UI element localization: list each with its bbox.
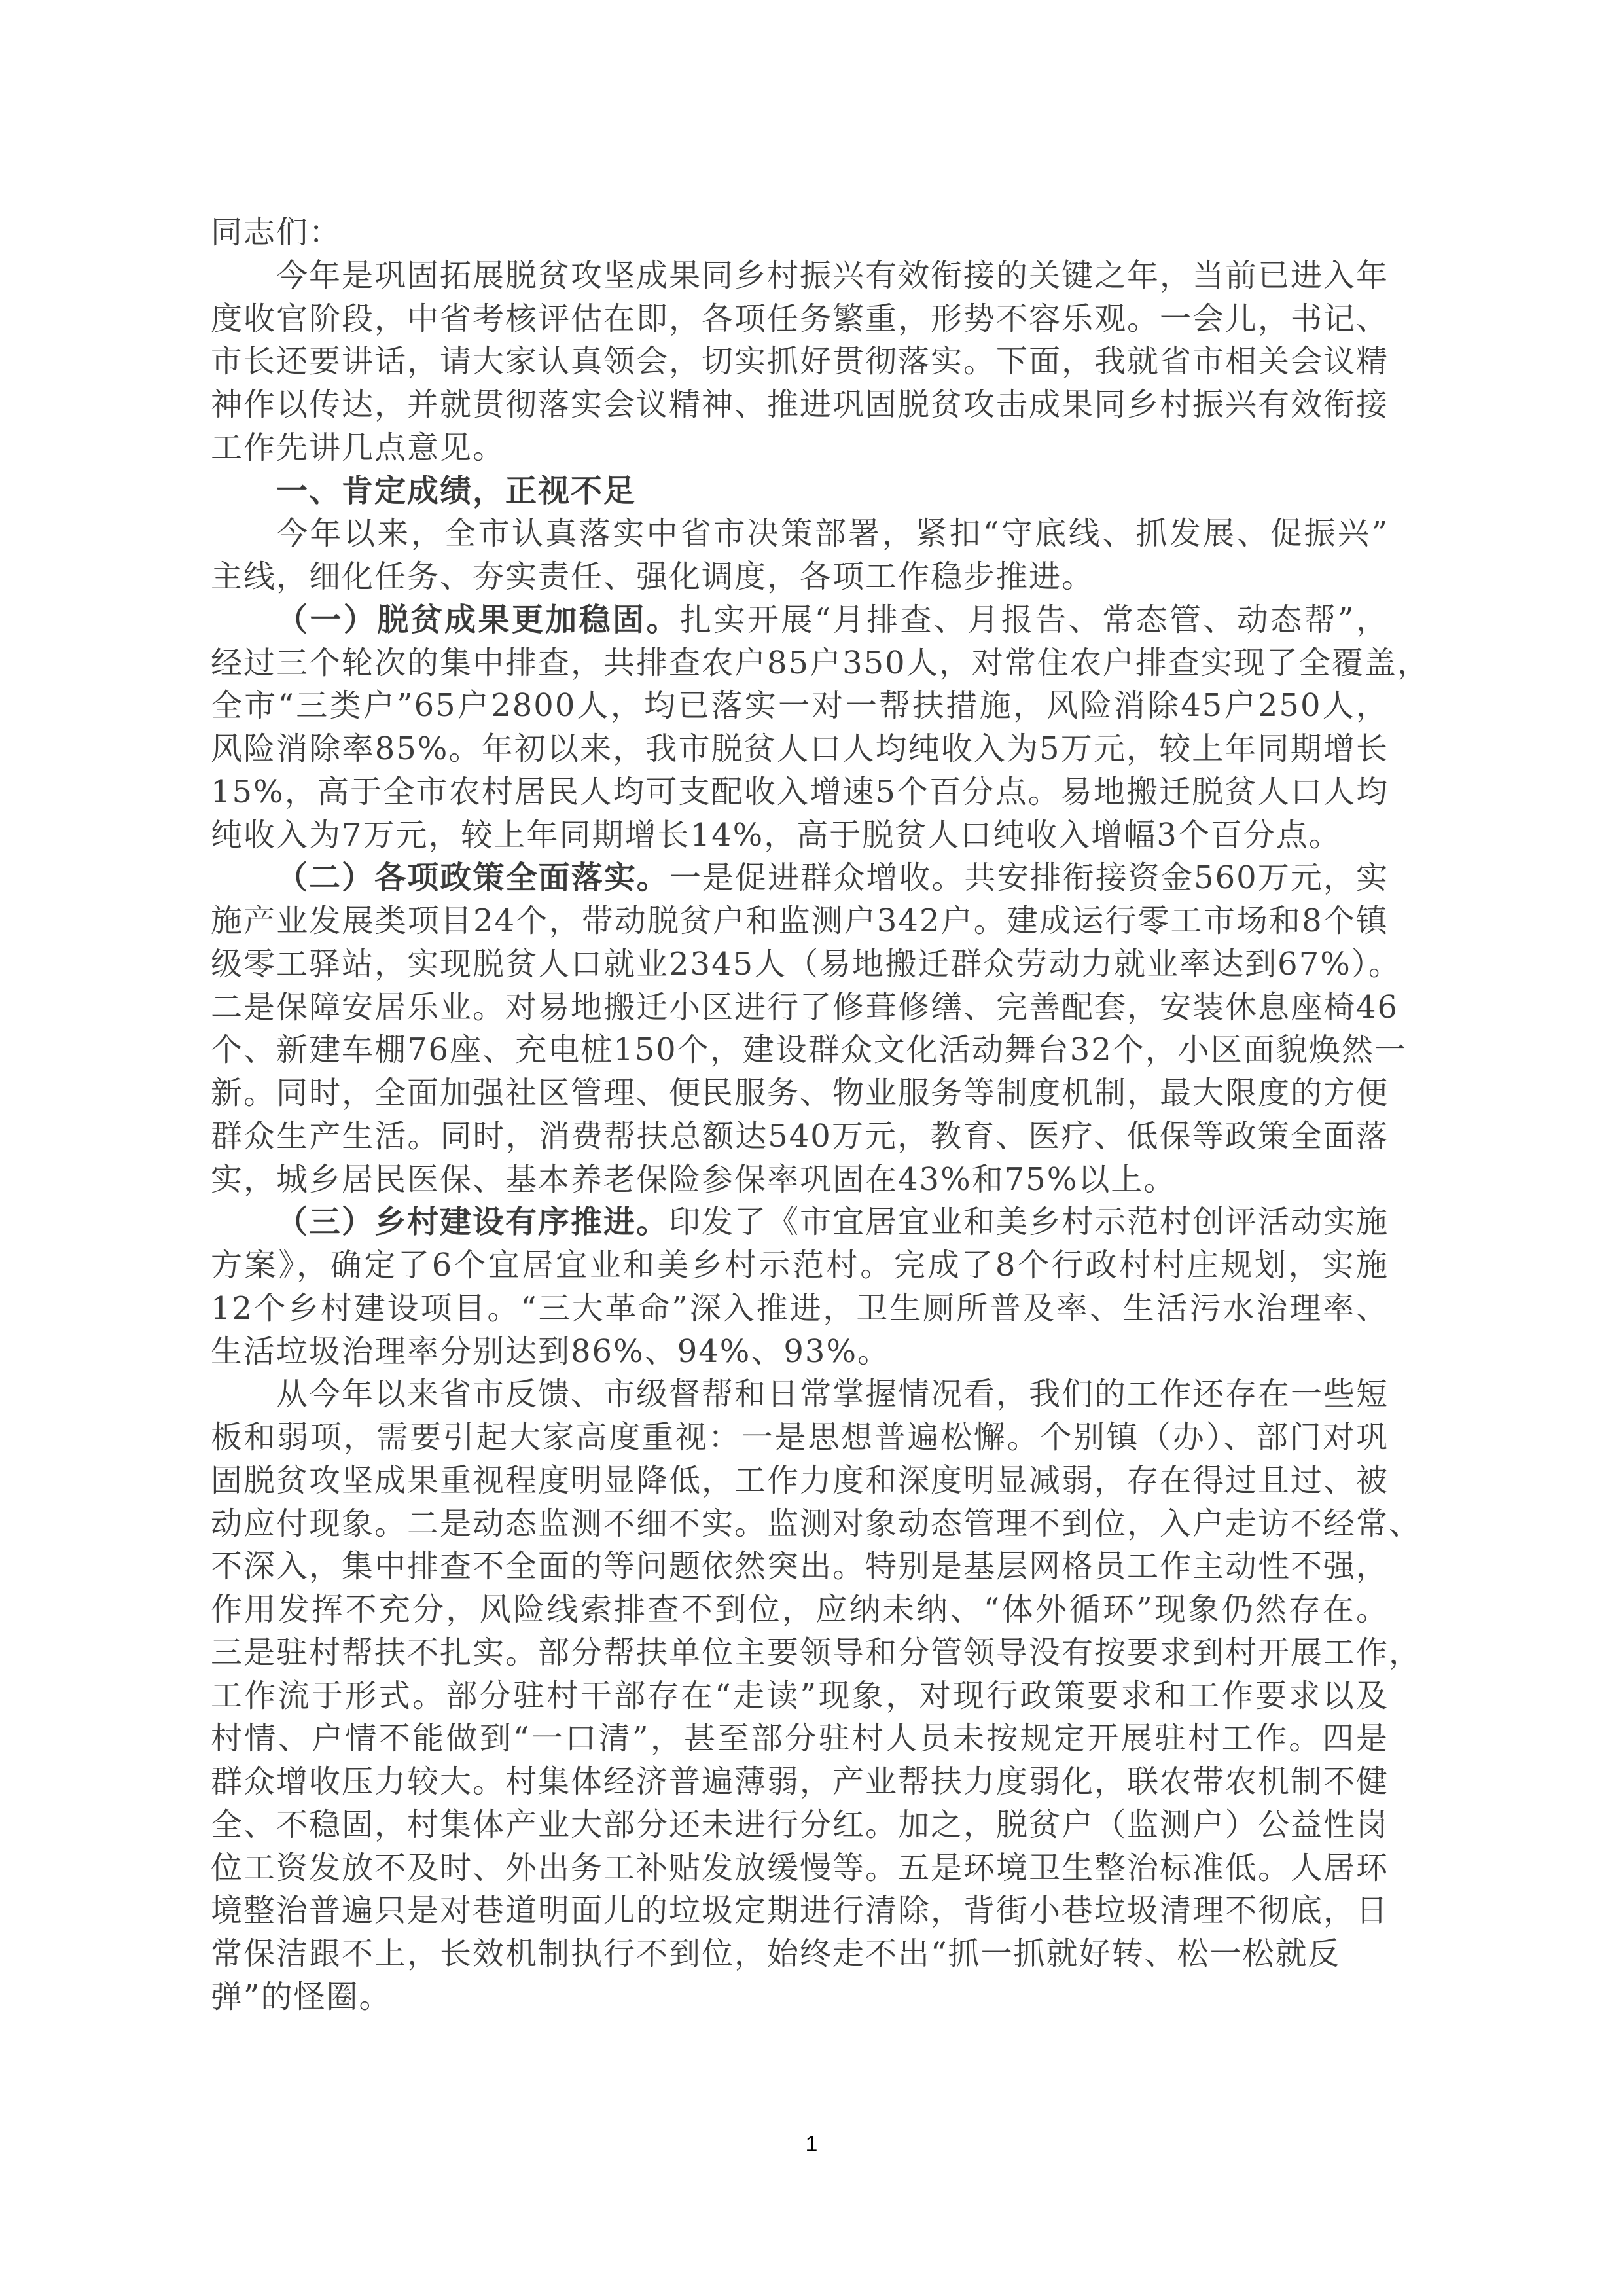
paragraph-line: 位工资发放不及时、外出务工补贴发放缓慢等。五是环境卫生整治标准低。人居环 [211,1847,1389,1890]
subsection-title: （一）脱贫成果更加稳固。 [276,601,680,638]
paragraph-line: 施产业发展类项目24个，带动脱贫户和监测户342户。建成运行零工市场和8个镇 [211,900,1389,943]
paragraph-line: 固脱贫攻坚成果重视程度明显降低，工作力度和深度明显减弱，存在得过且过、被 [211,1460,1389,1503]
paragraph-line: 全、不稳固，村集体产业大部分还未进行分红。加之，脱贫户（监测户）公益性岗 [211,1804,1389,1847]
paragraph-line: 二是保障安居乐业。对易地搬迁小区进行了修葺修缮、完善配套，安装休息座椅46 [211,986,1389,1030]
paragraph-line: 村情、户情不能做到“一口清”，甚至部分驻村人员未按规定开展驻村工作。四是 [211,1717,1389,1761]
paragraph-line: 从今年以来省市反馈、市级督帮和日常掌握情况看，我们的工作还存在一些短 [211,1373,1389,1416]
section-heading: 一、肯定成绩，正视不足 [211,470,1389,513]
page-number: 1 [0,2131,1623,2157]
paragraph-line: 生活垃圾治理率分别达到86%、94%、93%。 [211,1331,1389,1374]
paragraph-line: 弹”的怪圈。 [211,1976,1389,2019]
paragraph-text: 扎实开展“月排查、月报告、常态管、动态帮”， [680,601,1389,638]
paragraph-line: 动应付现象。二是动态监测不细不实。监测对象动态管理不到位，入户走访不经常、 [211,1503,1389,1546]
paragraph-line: 经过三个轮次的集中排查，共排查农户85户350人，对常住农户排查实现了全覆盖， [211,642,1389,685]
paragraph-line: 12个乡村建设项目。“三大革命”深入推进，卫生厕所普及率、生活污水治理率、 [211,1287,1389,1331]
paragraph-line: 主线，细化任务、夯实责任、强化调度，各项工作稳步推进。 [211,556,1389,599]
paragraph-line: 常保洁跟不上，长效机制执行不到位，始终走不出“抓一抓就好转、松一松就反 [211,1933,1389,1976]
paragraph-line: 群众生产生活。同时，消费帮扶总额达540万元，教育、医疗、低保等政策全面落 [211,1115,1389,1158]
document-body: 同志们： 今年是巩固拓展脱贫攻坚成果同乡村振兴有效衔接的关键之年，当前已进入年 … [211,211,1389,2019]
paragraph-line: 作用发挥不充分，风险线索排查不到位，应纳未纳、“体外循环”现象仍然存在。 [211,1588,1389,1632]
paragraph-line: （一）脱贫成果更加稳固。扎实开展“月排查、月报告、常态管、动态帮”， [211,599,1389,642]
paragraph-line: 群众增收压力较大。村集体经济普遍薄弱，产业帮扶力度弱化，联农带农机制不健 [211,1761,1389,1804]
paragraph-line: 三是驻村帮扶不扎实。部分帮扶单位主要领导和分管领导没有按要求到村开展工作， [211,1632,1389,1675]
paragraph-line: 工作先讲几点意见。 [211,427,1389,470]
paragraph-line: （二）各项政策全面落实。一是促进群众增收。共安排衔接资金560万元，实 [211,857,1389,900]
paragraph-line: 今年以来，全市认真落实中省市决策部署，紧扣“守底线、抓发展、促振兴” [211,512,1389,556]
paragraph-text: 一是促进群众增收。共安排衔接资金560万元，实 [669,859,1389,896]
paragraph-line: 15%，高于全市农村居民人均可支配收入增速5个百分点。易地搬迁脱贫人口人均 [211,771,1389,814]
paragraph-line: 市长还要讲话，请大家认真领会，切实抓好贯彻落实。下面，我就省市相关会议精 [211,340,1389,384]
paragraph-line: 今年是巩固拓展脱贫攻坚成果同乡村振兴有效衔接的关键之年，当前已进入年 [211,255,1389,298]
paragraph-line: 境整治普遍只是对巷道明面儿的垃圾定期进行清除，背街小巷垃圾清理不彻底，日 [211,1890,1389,1933]
paragraph-line: 纯收入为7万元，较上年同期增长14%，高于脱贫人口纯收入增幅3个百分点。 [211,814,1389,857]
paragraph-line: 实，城乡居民医保、基本养老保险参保率巩固在43%和75%以上。 [211,1158,1389,1202]
paragraph-line: 级零工驿站，实现脱贫人口就业2345人（易地搬迁群众劳动力就业率达到67%）。 [211,943,1389,986]
paragraph-line: 板和弱项，需要引起大家高度重视：一是思想普遍松懈。个别镇（办）、部门对巩 [211,1416,1389,1460]
paragraph-line: 方案》，确定了6个宜居宜业和美乡村示范村。完成了8个行政村村庄规划，实施 [211,1244,1389,1287]
paragraph-line: 风险消除率85%。年初以来，我市脱贫人口人均纯收入为5万元，较上年同期增长 [211,728,1389,771]
paragraph-line: 全市“三类户”65户2800人，均已落实一对一帮扶措施，风险消除45户250人， [211,685,1389,728]
paragraph-line: 个、新建车棚76座、充电桩150个，建设群众文化活动舞台32个，小区面貌焕然一 [211,1029,1389,1072]
subsection-title: （二）各项政策全面落实。 [276,859,669,896]
paragraph-line: 不深入，集中排查不全面的等问题依然突出。特别是基层网格员工作主动性不强， [211,1545,1389,1588]
paragraph-text: 印发了《市宜居宜业和美乡村示范村创评活动实施 [669,1204,1389,1240]
paragraph-line: 度收官阶段，中省考核评估在即，各项任务繁重，形势不容乐观。一会儿，书记、 [211,298,1389,341]
document-page: 同志们： 今年是巩固拓展脱贫攻坚成果同乡村振兴有效衔接的关键之年，当前已进入年 … [0,0,1623,2296]
paragraph-line: 新。同时，全面加强社区管理、便民服务、物业服务等制度机制，最大限度的方便 [211,1072,1389,1115]
subsection-title: （三）乡村建设有序推进。 [276,1204,669,1240]
paragraph-line: 工作流于形式。部分驻村干部存在“走读”现象，对现行政策要求和工作要求以及 [211,1675,1389,1718]
paragraph-line: 神作以传达，并就贯彻落实会议精神、推进巩固脱贫攻击成果同乡村振兴有效衔接 [211,384,1389,427]
paragraph-line: （三）乡村建设有序推进。印发了《市宜居宜业和美乡村示范村创评活动实施 [211,1201,1389,1244]
salutation: 同志们： [211,211,1389,255]
